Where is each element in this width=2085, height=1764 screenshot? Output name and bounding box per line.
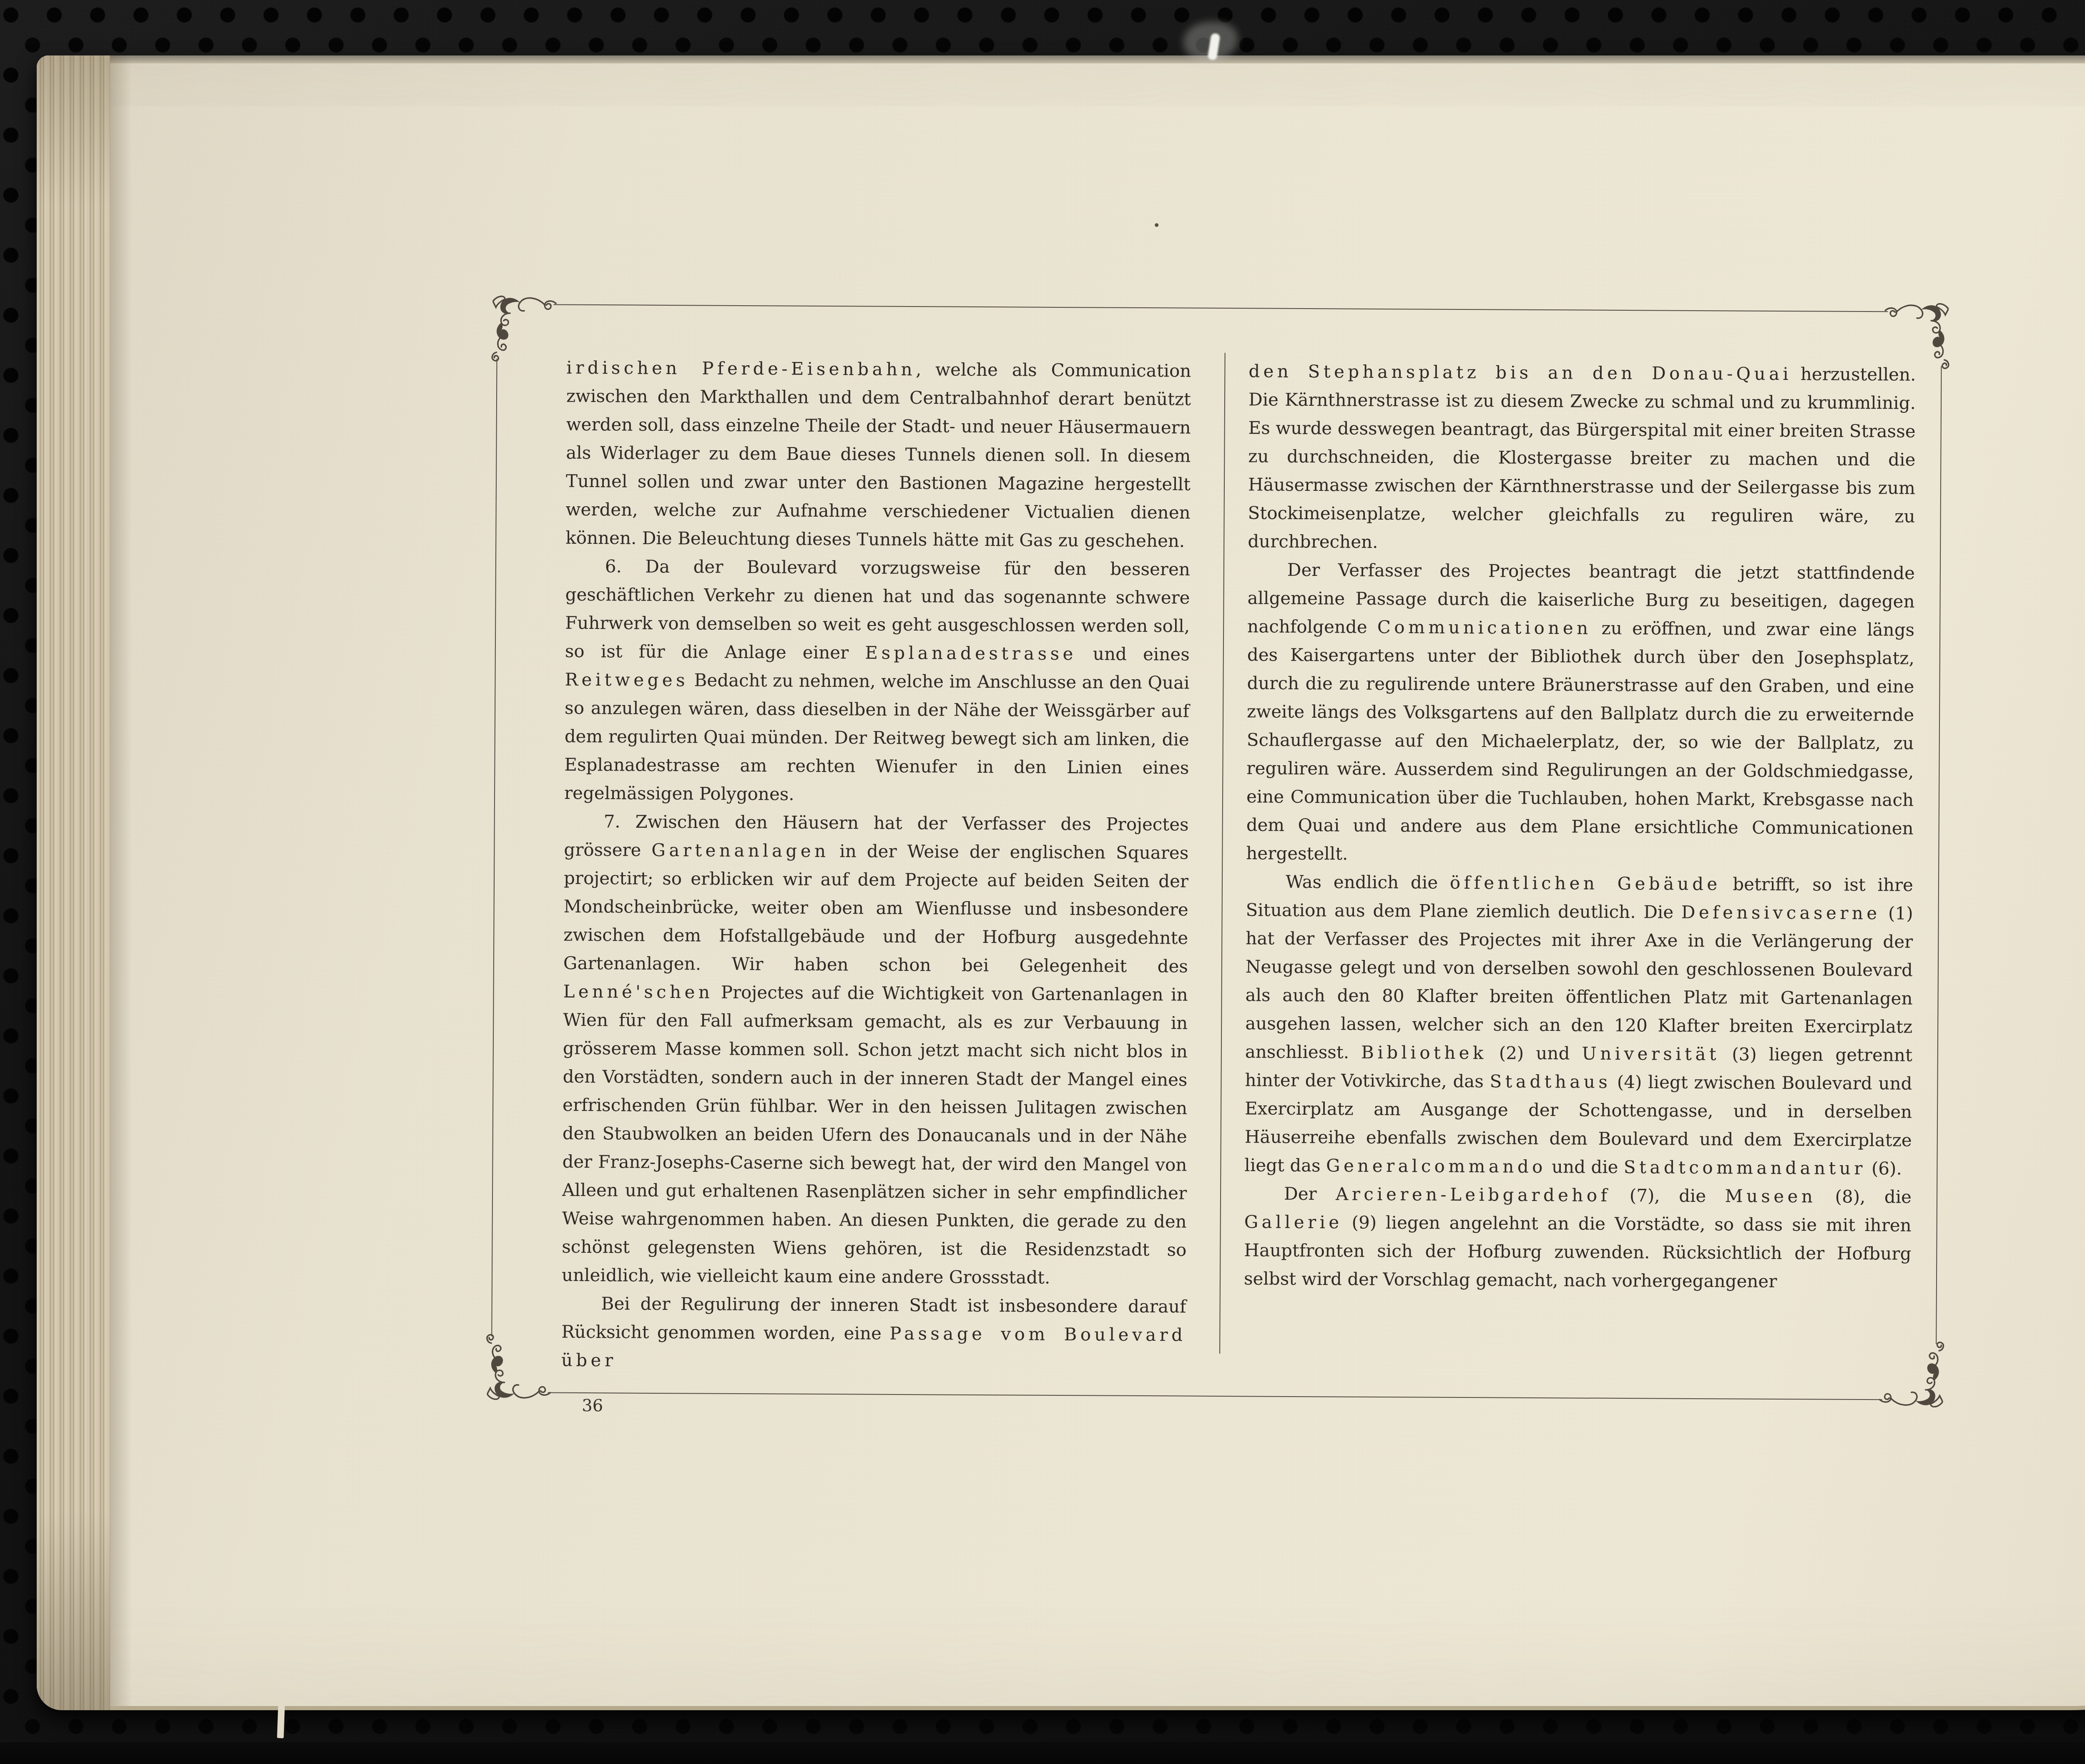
paragraph: 7. Zwischen den Häusern hat der Verfasse…: [562, 807, 1189, 1293]
letterspaced-text: Arcieren-Leibgardehof: [1336, 1184, 1611, 1205]
printed-area: irdischen Pferde-Eisenbahn, welche als C…: [33, 50, 2085, 1712]
letterspaced-text: Stadthaus: [1490, 1071, 1611, 1092]
letterspaced-text: Stadtcommandantur: [1624, 1157, 1866, 1179]
letterspaced-text: den Stephansplatz bis an den Donau-Quai: [1248, 361, 1792, 384]
stray-ink-dot: [1155, 223, 1158, 227]
photo-background-board: irdischen Pferde-Eisenbahn, welche als C…: [0, 0, 2085, 1764]
body-text: zu eröffnen, und zwar eine längs des Kai…: [1246, 618, 1914, 864]
paragraph: Bei der Regulirung der inneren Stadt ist…: [561, 1289, 1186, 1378]
frame-rule-right: [1936, 366, 1942, 1344]
paper-sliver: [277, 1697, 285, 1738]
paragraph: Der Arcieren-Leibgardehof (7), die Musee…: [1244, 1179, 1912, 1296]
body-text: (6).: [1866, 1158, 1902, 1179]
letterspaced-text: Gartenanlagen: [651, 840, 829, 861]
body-text: (8), die: [1816, 1186, 1912, 1207]
body-text: (1) hat der Verfasser des Projectes mit …: [1245, 903, 1913, 1062]
letterspaced-text: Gallerie: [1244, 1211, 1343, 1232]
letterspaced-text: Reitweges: [565, 669, 688, 691]
corner-flourish-icon: [478, 286, 558, 366]
frame-rule-left: [491, 359, 497, 1337]
page-number: 36: [582, 1396, 603, 1415]
paragraph: Der Verfasser des Projectes beantragt di…: [1246, 555, 1915, 871]
body-text: Was endlich die: [1286, 872, 1450, 893]
table-edge-strip: [0, 1742, 2085, 1764]
paragraph: 6. Da der Boulevard vorzugsweise für den…: [564, 552, 1190, 811]
letterspaced-text: Universität: [1582, 1043, 1720, 1065]
letterspaced-text: öffentlichen Gebäude: [1450, 872, 1721, 894]
corner-flourish-icon: [1878, 1337, 1957, 1417]
body-text: und eines: [1077, 643, 1190, 664]
paragraph: Was endlich die öffentlichen Gebäude bet…: [1244, 867, 1913, 1183]
letterspaced-text: Lenné'schen: [563, 981, 713, 1003]
letterspaced-text: Museen: [1725, 1186, 1816, 1206]
body-text: herzustellen. Die Kärnthnerstrasse ist z…: [1248, 364, 1916, 552]
corner-flourish-icon: [472, 1330, 552, 1410]
body-text: Projectes auf die Wichtigkeit von Garten…: [562, 982, 1188, 1288]
frame-rule-bottom: [548, 1392, 1882, 1400]
letterspaced-text: Generalcommando: [1326, 1155, 1546, 1177]
column-divider-rule: [1219, 353, 1226, 1354]
letterspaced-text: Esplanadestrasse: [865, 643, 1077, 664]
body-text: (7), die: [1610, 1185, 1725, 1206]
frame-rule-top: [553, 304, 1888, 312]
letterspaced-text: Bibliothek: [1361, 1042, 1487, 1063]
letterspaced-text: irdischen Pferde-Eisenbahn: [566, 357, 916, 379]
letterspaced-text: Communicationen: [1377, 617, 1592, 638]
column-left: irdischen Pferde-Eisenbahn, welche als C…: [561, 354, 1191, 1378]
body-text: (2) und: [1487, 1043, 1582, 1063]
body-text: in der Weise der englischen Squares proj…: [563, 841, 1189, 977]
body-text: und die: [1546, 1156, 1624, 1177]
body-text: Der: [1284, 1184, 1336, 1204]
body-text: , welche als Communication zwischen den …: [565, 359, 1191, 551]
paragraph: den Stephansplatz bis an den Donau-Quai …: [1248, 357, 1916, 559]
letterspaced-text: Defensivcaserne: [1681, 902, 1881, 924]
column-right: den Stephansplatz bis an den Donau-Quai …: [1244, 357, 1916, 1296]
paragraph: irdischen Pferde-Eisenbahn, welche als C…: [565, 354, 1191, 555]
body-text: (9) liegen angelehnt an die Vorstädte, s…: [1244, 1212, 1912, 1292]
book-page: irdischen Pferde-Eisenbahn, welche als C…: [37, 55, 2085, 1710]
